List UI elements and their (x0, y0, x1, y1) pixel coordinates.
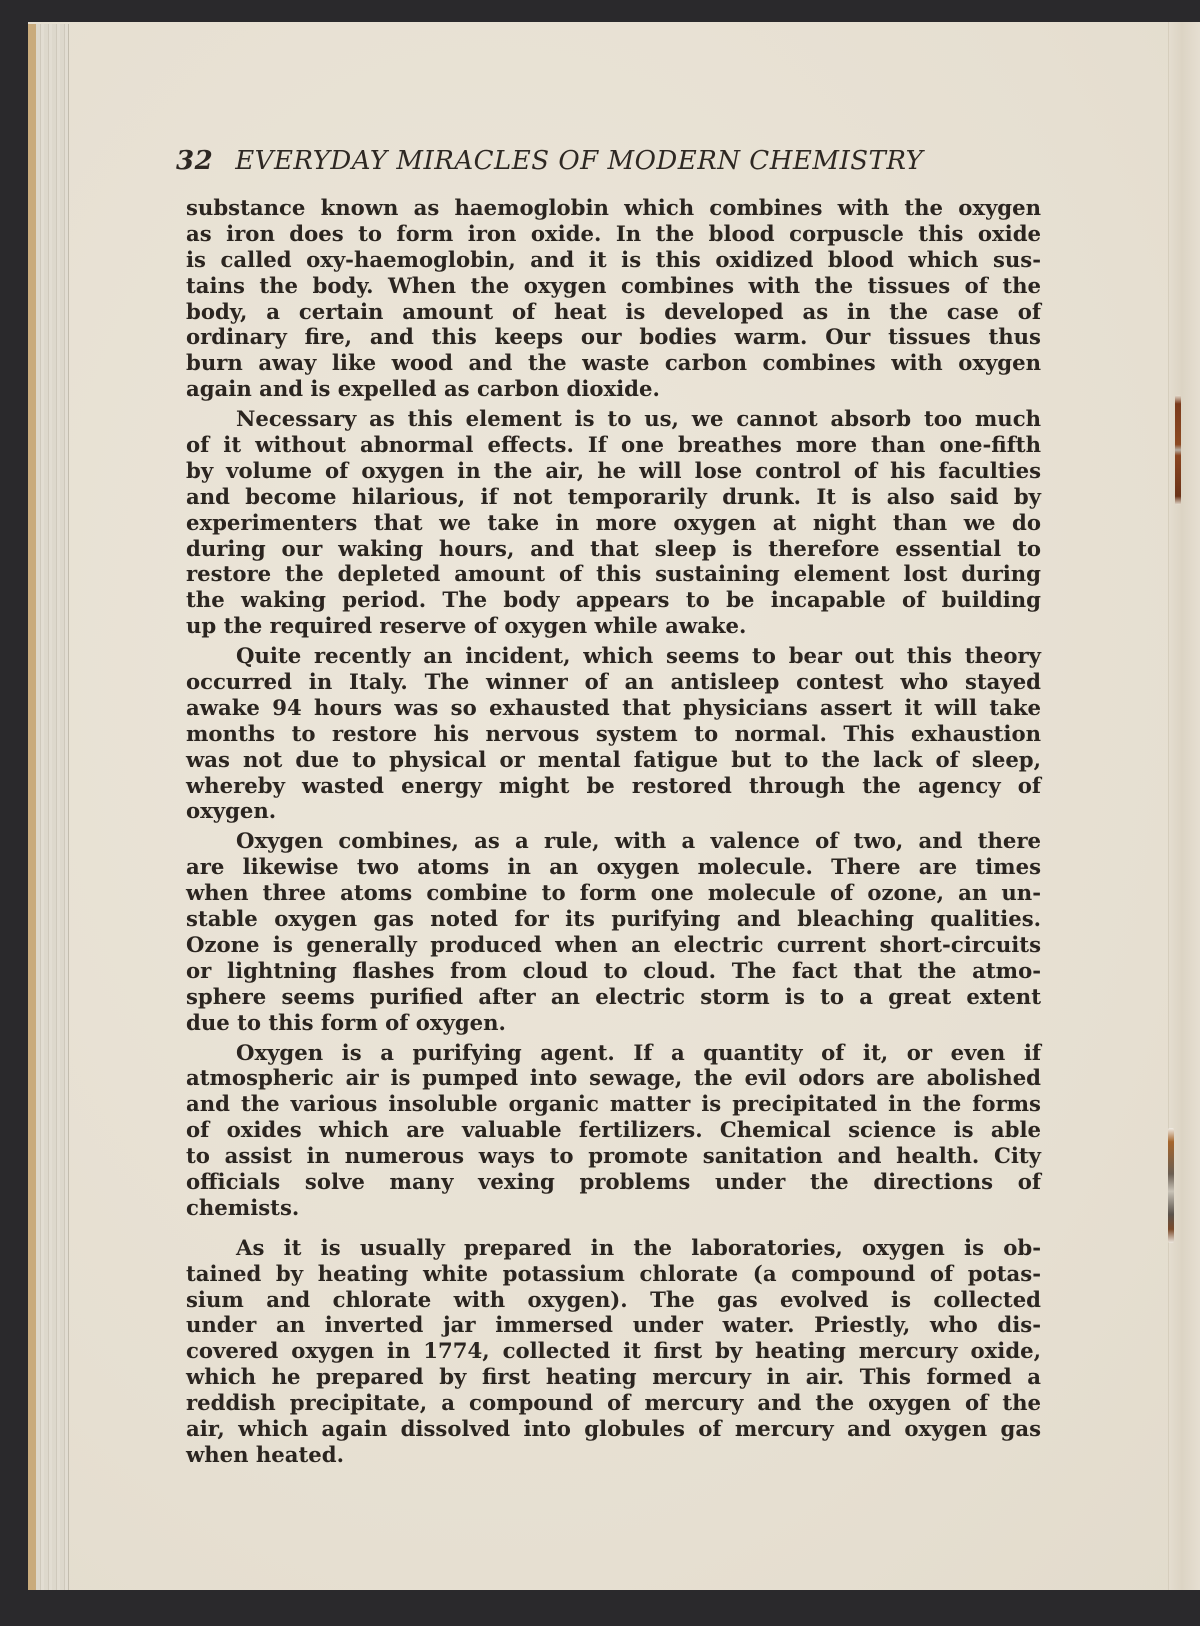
text-line: officials solve many vexing problems und… (186, 1169, 1041, 1195)
paragraph: Necessary as this element is to us, we c… (186, 406, 1041, 639)
body-text: substance known as haemoglobin which com… (186, 195, 1041, 1472)
text-line: experimenters that we take in more oxyge… (186, 510, 1041, 536)
text-line: stable oxygen gas noted for its purifyin… (186, 906, 1041, 932)
text-line: Oxygen combines, as a rule, with a valen… (186, 828, 1041, 854)
paragraph: substance known as haemoglobin which com… (186, 195, 1041, 402)
text-line: whereby wasted energy might be restored … (186, 773, 1041, 799)
text-line: when three atoms combine to form one mol… (186, 880, 1041, 906)
staple-icon (1175, 395, 1181, 505)
text-line: sphere seems purified after an electric … (186, 984, 1041, 1010)
text-line: tained by heating white potassium chlora… (186, 1261, 1041, 1287)
text-line: months to restore his nervous system to … (186, 721, 1041, 747)
text-line: the waking period. The body appears to b… (186, 587, 1041, 613)
text-line: to assist in numerous ways to promote sa… (186, 1143, 1041, 1169)
text-line: occurred in Italy. The winner of an anti… (186, 669, 1041, 695)
paragraph: Quite recently an incident, which seems … (186, 643, 1041, 824)
text-line: air, which again dissolved into globules… (186, 1416, 1041, 1442)
text-line: due to this form of oxygen. (186, 1010, 1041, 1036)
paragraph: Oxygen combines, as a rule, with a valen… (186, 828, 1041, 1035)
text-line: chemists. (186, 1195, 1041, 1221)
text-line: oxygen. (186, 798, 1041, 824)
book-title: EVERYDAY MIRACLES OF MODERN CHEMISTRY (235, 146, 923, 176)
text-line: during our waking hours, and that sleep … (186, 536, 1041, 562)
text-line: Necessary as this element is to us, we c… (186, 406, 1041, 432)
paragraph: As it is usually prepared in the laborat… (186, 1235, 1041, 1468)
text-line: tains the body. When the oxygen combines… (186, 273, 1041, 299)
text-line: of oxides which are valuable fertilizers… (186, 1117, 1041, 1143)
text-line: substance known as haemoglobin which com… (186, 195, 1041, 221)
binding-gutter (1168, 22, 1200, 1590)
text-line: Quite recently an incident, which seems … (186, 643, 1041, 669)
page-number: 32 (176, 146, 213, 176)
text-line: which he prepared by first heating mercu… (186, 1364, 1041, 1390)
text-line: when heated. (186, 1442, 1041, 1468)
text-line: and the various insoluble organic matter… (186, 1091, 1041, 1117)
text-line: under an inverted jar immersed under wat… (186, 1312, 1041, 1338)
text-line: restore the depleted amount of this sust… (186, 561, 1041, 587)
text-line: As it is usually prepared in the laborat… (186, 1235, 1041, 1261)
text-line: is called oxy-haemoglobin, and it is thi… (186, 247, 1041, 273)
staple-icon (1168, 1128, 1174, 1243)
text-line: are likewise two atoms in an oxygen mole… (186, 854, 1041, 880)
text-line: Oxygen is a purifying agent. If a quanti… (186, 1040, 1041, 1066)
text-line: up the required reserve of oxygen while … (186, 613, 1041, 639)
stacked-page-edges (36, 24, 69, 1590)
running-head: 32EVERYDAY MIRACLES OF MODERN CHEMISTRY (176, 146, 923, 176)
text-line: again and is expelled as carbon dioxide. (186, 376, 1041, 402)
text-line: ordinary fire, and this keeps our bodies… (186, 324, 1041, 350)
text-line: of it without abnormal effects. If one b… (186, 432, 1041, 458)
text-line: body, a certain amount of heat is develo… (186, 299, 1041, 325)
text-line: or lightning flashes from cloud to cloud… (186, 958, 1041, 984)
text-line: awake 94 hours was so exhausted that phy… (186, 695, 1041, 721)
text-line: covered oxygen in 1774, collected it fir… (186, 1338, 1041, 1364)
text-line: Ozone is generally produced when an elec… (186, 932, 1041, 958)
paragraph: Oxygen is a purifying agent. If a quanti… (186, 1040, 1041, 1221)
text-line: burn away like wood and the waste carbon… (186, 350, 1041, 376)
text-line: by volume of oxygen in the air, he will … (186, 458, 1041, 484)
text-line: sium and chlorate with oxygen). The gas … (186, 1287, 1041, 1313)
text-line: and become hilarious, if not temporarily… (186, 484, 1041, 510)
text-line: atmospheric air is pumped into sewage, t… (186, 1065, 1041, 1091)
text-line: was not due to physical or mental fatigu… (186, 747, 1041, 773)
text-line: as iron does to form iron oxide. In the … (186, 221, 1041, 247)
book-cover-edge (28, 24, 36, 1590)
text-line: reddish precipitate, a compound of mercu… (186, 1390, 1041, 1416)
